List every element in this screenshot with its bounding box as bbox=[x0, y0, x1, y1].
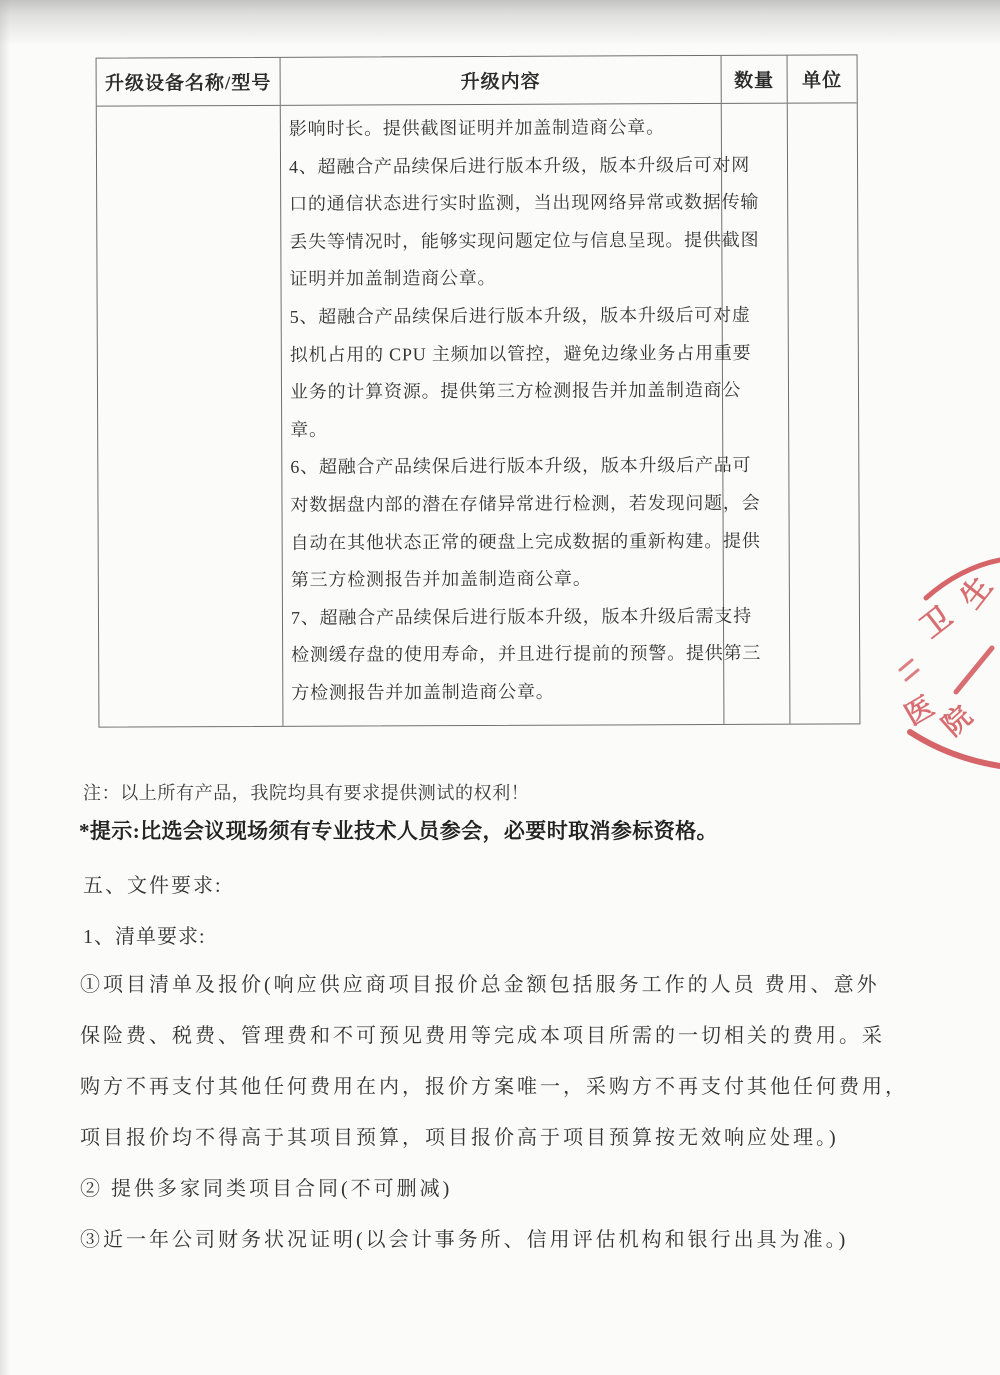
seal-arcs bbox=[860, 520, 1000, 780]
upgrade-content-line: 4、超融合产品续保后进行版本升级，版本升级后可对网 bbox=[289, 147, 715, 186]
upgrade-content-line: 对数据盘内部的潜在存储异常进行检测，若发现问题，会 bbox=[290, 485, 716, 524]
requirement-line: ①项目清单及报价(响应供应商项目报价总金额包括服务工作的人员 费用、意外 bbox=[80, 960, 970, 1011]
upgrade-content-line: 拟机占用的 CPU 主频加以管控，避免边缘业务占用重要 bbox=[290, 335, 716, 374]
upgrade-content-line: 6、超融合产品续保后进行版本升级，版本升级后产品可 bbox=[290, 447, 716, 486]
upgrade-content-line: 丢失等情况时，能够实现问题定位与信息呈现。提供截图 bbox=[289, 222, 715, 261]
requirement-line: 项目报价均不得高于其项目预算，项目报价高于项目预算按无效响应处理。) bbox=[80, 1113, 970, 1164]
scan-left-shadow bbox=[0, 0, 10, 1375]
tip-line: *提示:比选会议现场须有专业技术人员参会，必要时取消参标资格。 bbox=[79, 815, 718, 845]
table-body-row: 影响时长。提供截图证明并加盖制造商公章。4、超融合产品续保后进行版本升级，版本升… bbox=[97, 103, 860, 726]
cell-device-name bbox=[97, 106, 284, 727]
red-seal-partial: 卫 生 医 院 bbox=[860, 520, 1000, 780]
upgrade-content-line: 章。 bbox=[290, 410, 716, 449]
requirement-line: 保险费、税费、管理费和不可预见费用等完成本项目所需的一切相关的费用。采 bbox=[80, 1011, 970, 1062]
note-line: 注：以上所有产品，我院均具有要求提供测试的权利！ bbox=[83, 779, 529, 805]
requirements-paragraph: ①项目清单及报价(响应供应商项目报价总金额包括服务工作的人员 费用、意外保险费、… bbox=[80, 960, 970, 1266]
upgrade-content-line: 方检测报告并加盖制造商公章。 bbox=[291, 673, 717, 712]
upgrade-content-line: 影响时长。提供截图证明并加盖制造商公章。 bbox=[289, 109, 715, 148]
header-unit: 单位 bbox=[788, 55, 857, 102]
requirement-line: ③近一年公司财务状况证明(以会计事务所、信用评估机构和银行出具为准。) bbox=[80, 1215, 970, 1266]
upgrade-content-line: 口的通信状态进行实时监测，当出现网络异常或数据传输 bbox=[289, 184, 715, 223]
upgrade-content-line: 业务的计算资源。提供第三方检测报告并加盖制造商公 bbox=[290, 372, 716, 411]
upgrade-content-line: 7、超融合产品续保后进行版本升级，版本升级后需支持 bbox=[291, 598, 717, 637]
subsection-title: 1、清单要求: bbox=[83, 920, 206, 949]
table-header-row: 升级设备名称/型号 升级内容 数量 单位 bbox=[97, 55, 857, 106]
cell-unit bbox=[788, 103, 860, 723]
upgrade-content-line: 5、超融合产品续保后进行版本升级，版本升级后可对虚 bbox=[290, 297, 716, 336]
cell-upgrade-content: 影响时长。提供截图证明并加盖制造商公章。4、超融合产品续保后进行版本升级，版本升… bbox=[281, 104, 725, 726]
scan-top-shadow bbox=[0, 0, 1000, 48]
upgrade-content-line: 第三方检测报告并加盖制造商公章。 bbox=[291, 560, 717, 599]
header-device-name: 升级设备名称/型号 bbox=[97, 58, 281, 106]
upgrade-content-line: 自动在其他状态正常的硬盘上完成数据的重新构建。提供 bbox=[291, 522, 717, 561]
requirement-line: ② 提供多家同类项目合同(不可删减) bbox=[80, 1164, 970, 1215]
seal-small-strokes bbox=[900, 660, 918, 680]
cell-quantity bbox=[722, 104, 791, 724]
seal-middle-stroke bbox=[956, 648, 992, 692]
requirement-line: 购方不再支付其他任何费用在内，报价方案唯一，采购方不再支付其他任何费用， bbox=[80, 1062, 970, 1113]
scanned-document-page: 升级设备名称/型号 升级内容 数量 单位 影响时长。提供截图证明并加盖制造商公章… bbox=[0, 0, 1000, 1375]
upgrade-content-line: 检测缓存盘的使用寿命，并且进行提前的预警。提供第三 bbox=[291, 635, 717, 674]
header-quantity: 数量 bbox=[722, 56, 788, 103]
section-title: 五、文件要求: bbox=[83, 869, 223, 898]
header-upgrade-content: 升级内容 bbox=[281, 56, 722, 105]
upgrade-content-line: 证明并加盖制造商公章。 bbox=[289, 259, 715, 298]
upgrade-table: 升级设备名称/型号 升级内容 数量 单位 影响时长。提供截图证明并加盖制造商公章… bbox=[96, 54, 861, 727]
